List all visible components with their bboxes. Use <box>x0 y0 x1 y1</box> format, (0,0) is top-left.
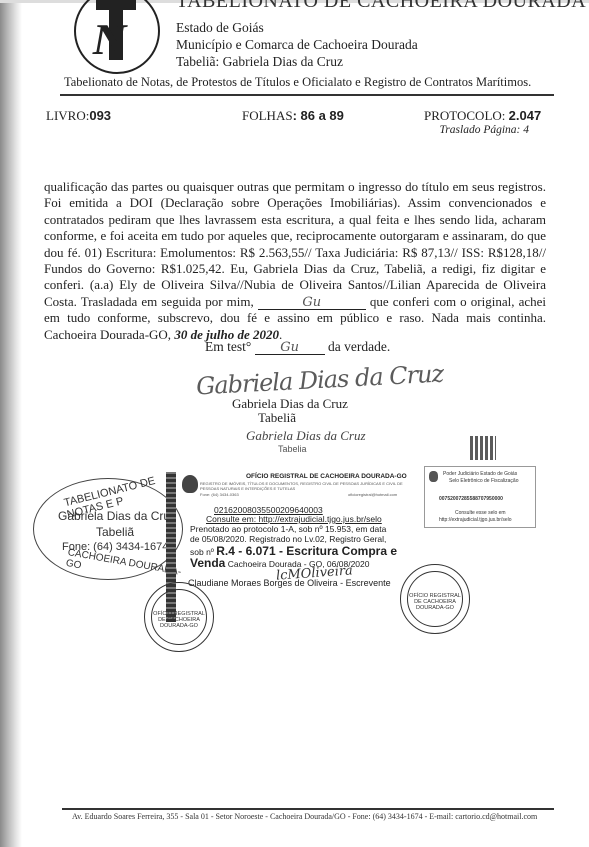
registry-stamp: OFÍCIO REGISTRAL DE CACHOEIRA DOURADA-GO… <box>176 470 418 590</box>
round-seal-right: OFÍCIO REGISTRAL DE CACHOEIRA DOURADA-GO <box>400 564 470 634</box>
office-subtitle: Tabelionato de Notas, de Protestos de Tí… <box>64 75 531 90</box>
header-municipality: Município e Comarca de Cachoeira Dourada <box>176 37 418 53</box>
protocolo-field: PROTOCOLO: 2.047 <box>424 108 541 124</box>
qr-code-icon <box>470 436 496 460</box>
header-divider <box>60 94 554 96</box>
deed-body: qualificação das partes ou quaisquer out… <box>44 179 546 343</box>
signer-role: Tabeliã <box>258 410 296 426</box>
attest-initials: Gu <box>255 341 325 355</box>
office-title: TABELIONATO DE CACHOEIRA DOURADA <box>176 0 586 13</box>
coat-of-arms-icon <box>182 475 198 493</box>
header-notary: Tabeliã: Gabriela Dias da Cruz <box>176 54 343 70</box>
logo-letter: N <box>90 14 131 65</box>
judiciary-emblem-icon <box>429 471 438 482</box>
electronic-seal-box: Poder Judiciário Estado de Goiás Selo El… <box>424 466 536 528</box>
initials-mark: Gu <box>258 296 366 310</box>
livro-field: LIVRO:093 <box>46 108 111 124</box>
handwritten-signature: Gabriela Dias da Cruz <box>195 360 443 401</box>
attestation-line: Em test° Gu da verdade. <box>205 339 390 355</box>
seal-code: 00752007285588707950000 <box>439 496 503 502</box>
notary-oval-stamp: TABELIONATO DE NOTAS E P Gabriela Dias d… <box>33 478 183 580</box>
signer-stamp-role: Tabelia <box>278 444 307 454</box>
footer-address: Av. Eduardo Soares Ferreira, 355 - Sala … <box>72 812 537 821</box>
clerk-name: Claudiane Moraes Borges de Oliveira - Es… <box>188 578 391 588</box>
header-state: Estado de Goiás <box>176 20 264 36</box>
scan-edge-shadow <box>0 0 22 847</box>
signer-stamp-name: Gabriela Dias da Cruz <box>246 428 366 444</box>
folhas-field: FOLHAS: 86 a 89 <box>242 108 344 124</box>
notary-logo-icon: N <box>74 0 160 74</box>
footer-divider <box>62 808 554 810</box>
registry-consult-link: Consulte em: http://extrajudicial.tjgo.j… <box>206 514 382 524</box>
round-seal-left: OFÍCIO REGISTRAL DE CACHOEIRA DOURADA-GO <box>144 582 214 652</box>
traslado-page: Traslado Página: 4 <box>440 124 529 136</box>
